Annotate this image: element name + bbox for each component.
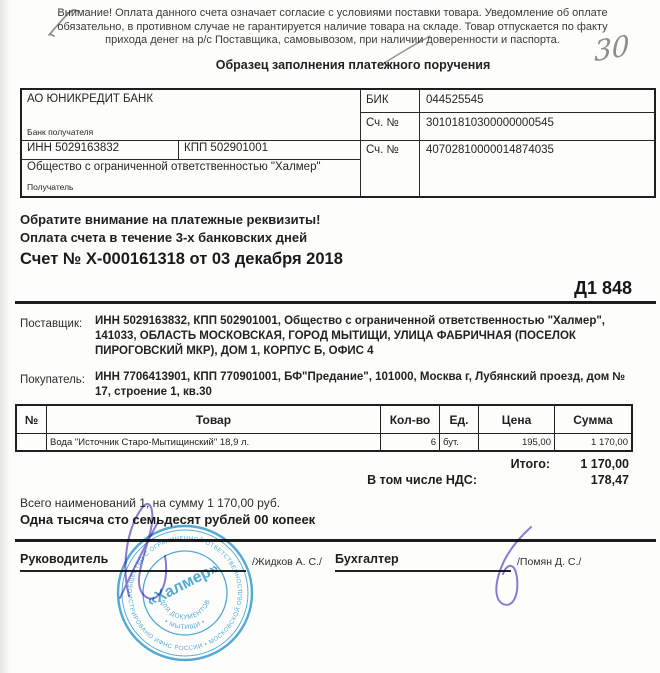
payment-warning-text: Внимание! Оплата данного счета означает … — [45, 7, 620, 48]
table-divider — [360, 140, 654, 141]
handwritten-mark: 30 — [594, 29, 629, 69]
warning-line-1: Внимание! Оплата данного счета означает … — [45, 7, 620, 21]
bik-value: 044525545 — [426, 94, 484, 106]
buyer-label: Покупатель: — [20, 374, 85, 386]
table-divider — [419, 90, 420, 196]
row-num — [17, 434, 47, 450]
row-product: Вода "Источник Старо-Мытищинский" 18,9 л… — [47, 434, 381, 450]
vat-label: В том числе НДС: — [367, 473, 477, 487]
supplier-label: Поставщик: — [20, 318, 82, 330]
corr-account-label: Сч. № — [366, 117, 399, 129]
account-label: Сч. № — [366, 144, 399, 156]
header-price: Цена — [479, 406, 555, 434]
supplier-inn: ИНН 5029163832 — [27, 142, 119, 154]
row-price: 195,00 — [479, 434, 555, 450]
attention-notice: Обратите внимание на платежные реквизиты… — [20, 212, 320, 227]
header-product: Товар — [47, 406, 381, 434]
bank-details-table: АО ЮНИКРЕДИТ БАНК Банк получателя ИНН 50… — [20, 88, 656, 198]
doc-code: Д1 848 — [574, 278, 632, 299]
total-value: 1 170,00 — [580, 457, 629, 471]
company-stamp: ОБЩЕСТВО С ОГРАНИЧЕННОЙ ОТВЕТСТВЕННОСТЬЮ… — [113, 521, 257, 665]
table-divider — [178, 140, 179, 159]
supplier-kpp: КПП 502901001 — [184, 142, 268, 154]
header-sum: Сумма — [555, 406, 631, 434]
total-label: Итого: — [511, 457, 550, 471]
items-summary: Всего наименований 1, на сумму 1 170,00 … — [20, 496, 280, 510]
supplier-value: ИНН 5029163832, КПП 502901001, Общество … — [95, 314, 643, 359]
signature-line — [335, 570, 511, 572]
header-qty: Кол-во — [381, 406, 440, 434]
accountant-name: /Помян Д. С./ — [517, 556, 581, 568]
row-unit: бут. — [440, 434, 479, 450]
recipient-company: Общество с ограниченной ответственностью… — [27, 161, 321, 173]
bank-name: АО ЮНИКРЕДИТ БАНК — [27, 93, 153, 105]
horizontal-rule — [15, 301, 656, 304]
table-row: Вода "Источник Старо-Мытищинский" 18,9 л… — [17, 434, 631, 450]
table-divider — [360, 112, 654, 113]
bik-label: БИК — [366, 94, 389, 106]
invoice-scan-page: Внимание! Оплата данного счета означает … — [0, 0, 660, 673]
row-sum: 1 170,00 — [555, 434, 631, 450]
header-num: № — [17, 406, 47, 434]
vat-value: 178,47 — [591, 473, 629, 487]
items-table-header: № Товар Кол-во Ед. Цена Сумма — [17, 406, 631, 434]
header-unit: Ед. — [440, 406, 479, 434]
horizontal-rule — [15, 539, 656, 542]
recipient-caption: Получатель — [27, 182, 73, 192]
director-label: Руководитель — [20, 552, 108, 566]
scan-edge-shadow — [0, 0, 10, 673]
warning-line-2: обязательно, в противном случае не гаран… — [45, 21, 620, 35]
payment-order-sample-title: Образец заполнения платежного поручения — [86, 58, 620, 72]
table-divider — [360, 90, 361, 196]
accountant-label: Бухгалтер — [335, 552, 399, 566]
payment-term-notice: Оплата счета в течение 3-х банковских дн… — [20, 230, 307, 245]
row-qty: 6 — [381, 434, 440, 450]
invoice-number-title: Счет № Х-000161318 от 03 декабря 2018 — [20, 250, 343, 269]
corr-account-value: 30101810300000000545 — [426, 117, 554, 129]
items-table: № Товар Кол-во Ед. Цена Сумма Вода "Исто… — [15, 404, 633, 452]
warning-line-3: прихода денег на р/с Поставщика, самовыв… — [45, 34, 620, 48]
account-value: 40702810000014874035 — [426, 144, 554, 156]
buyer-value: ИНН 7706413901, КПП 770901001, БФ"Предан… — [95, 370, 643, 400]
bank-name-caption: Банк получателя — [27, 127, 93, 137]
director-name: /Жидков А. С./ — [252, 556, 322, 568]
